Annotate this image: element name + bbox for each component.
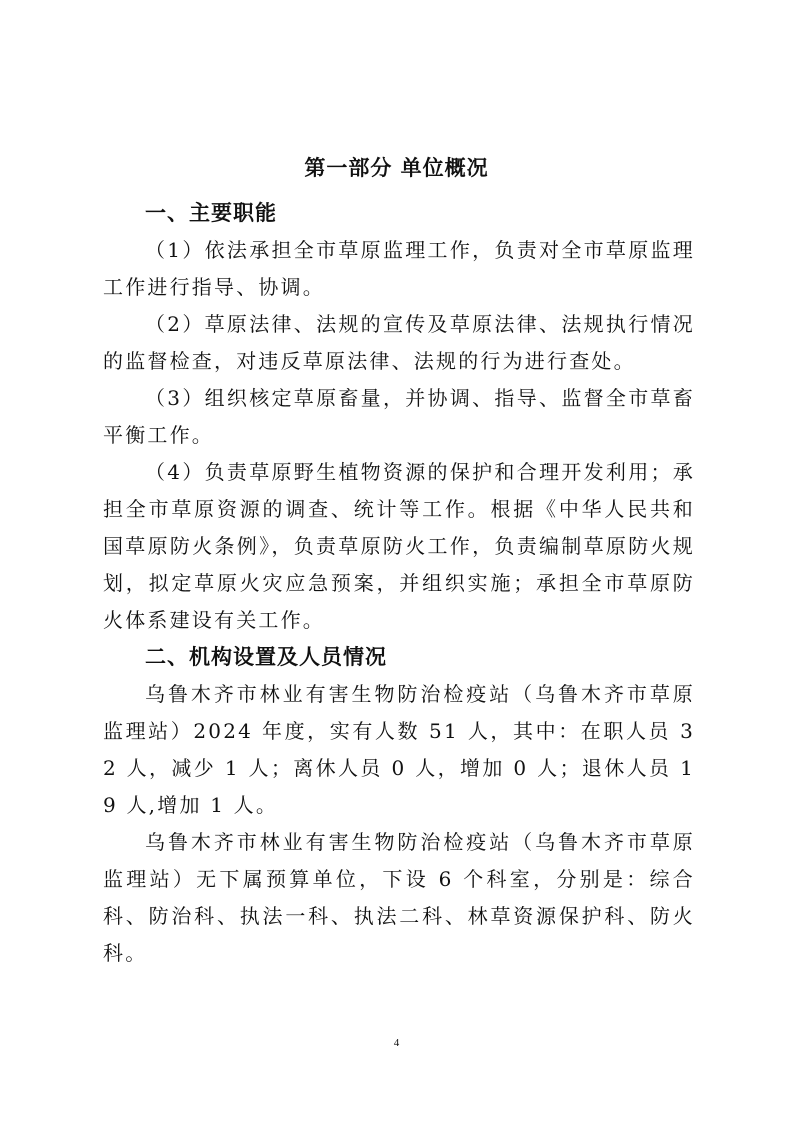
paragraph-departments: 乌鲁木齐市林业有害生物防治检疫站（乌鲁木齐市草原监理站）无下属预算单位，下设 6… bbox=[103, 824, 695, 972]
paragraph-staffing: 乌鲁木齐市林业有害生物防治检疫站（乌鲁木齐市草原监理站）2024 年度，实有人数… bbox=[103, 676, 695, 824]
page-title: 第一部分 单位概况 bbox=[0, 152, 793, 182]
paragraph-function-3: （3）组织核定草原畜量，并协调、指导、监督全市草畜平衡工作。 bbox=[103, 380, 695, 454]
paragraph-function-1: （1）依法承担全市草原监理工作，负责对全市草原监理工作进行指导、协调。 bbox=[103, 232, 695, 306]
paragraph-function-2: （2）草原法律、法规的宣传及草原法律、法规执行情况的监督检查，对违反草原法律、法… bbox=[103, 306, 695, 380]
section-heading-main-functions: 一、主要职能 bbox=[103, 195, 695, 232]
paragraph-function-4: （4）负责草原野生植物资源的保护和合理开发利用；承担全市草原资源的调查、统计等工… bbox=[103, 454, 695, 639]
page-number: 4 bbox=[0, 1037, 793, 1049]
section-heading-organization: 二、机构设置及人员情况 bbox=[103, 639, 695, 676]
document-body: 一、主要职能 （1）依法承担全市草原监理工作，负责对全市草原监理工作进行指导、协… bbox=[103, 195, 695, 972]
